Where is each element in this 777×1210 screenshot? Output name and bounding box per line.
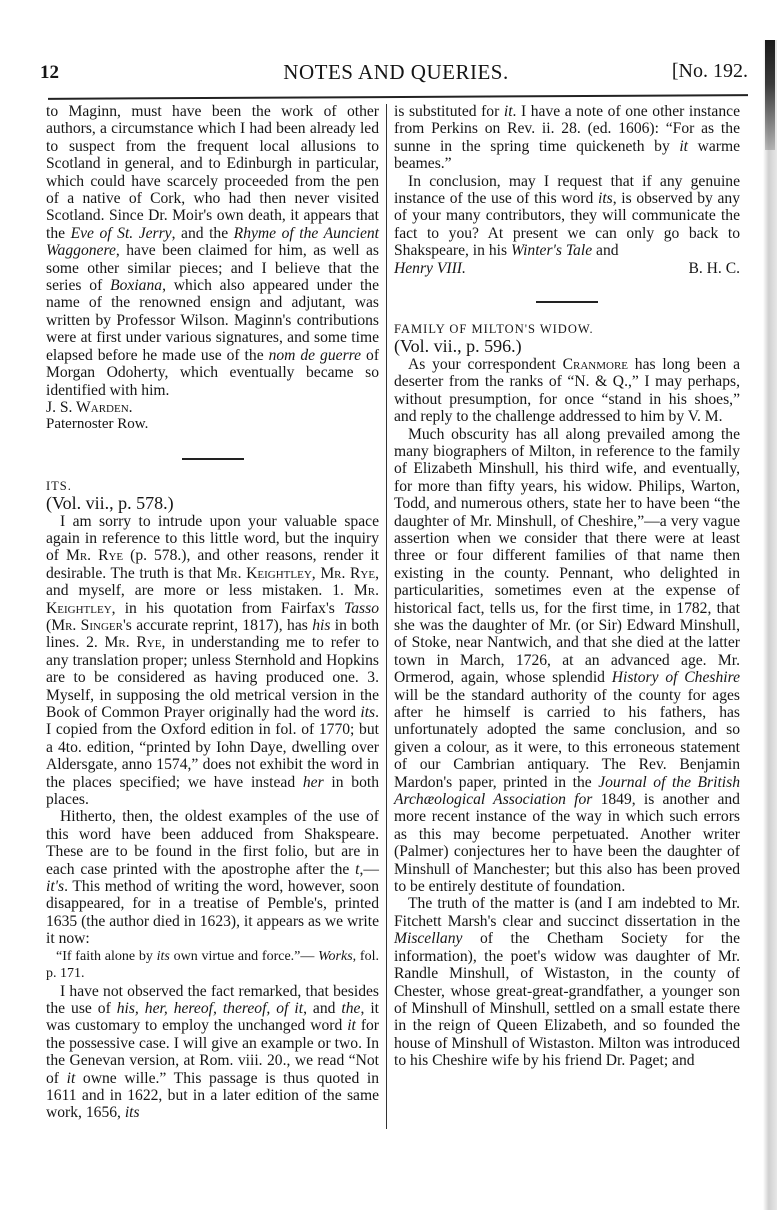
- paragraph: Much obscurity has all along prevailed a…: [394, 426, 740, 896]
- location: Paternoster Row.: [46, 416, 379, 433]
- block-quote: “If faith alone by its own virtue and fo…: [46, 948, 379, 983]
- signature: B. H. C.: [688, 260, 740, 277]
- left-column: to Maginn, must have been the work of ot…: [46, 103, 379, 1122]
- right-column: is substituted for it. I have a note of …: [394, 103, 740, 1070]
- running-header: 12 NOTES AND QUERIES. [No. 192.: [40, 56, 752, 86]
- paragraph: As your correspondent Cranmore has long …: [394, 356, 740, 426]
- paragraph: I have not observed the fact remarked, t…: [46, 983, 379, 1122]
- journal-title: NOTES AND QUERIES.: [40, 60, 752, 85]
- page-binding-shadow: [765, 40, 775, 150]
- paragraph: I am sorry to intrude upon your valuable…: [46, 513, 379, 809]
- paragraph: to Maginn, must have been the work of ot…: [46, 103, 379, 399]
- signature: J. S. Warden.: [46, 399, 379, 416]
- signature-line: Henry VIII. B. H. C.: [394, 260, 740, 277]
- page-edge-shadow: [763, 40, 777, 1210]
- paragraph: is substituted for it. I have a note of …: [394, 103, 740, 173]
- section-divider: [536, 301, 598, 303]
- header-rule: [48, 94, 748, 100]
- issue-number: [No. 192.: [672, 60, 748, 83]
- article-reference: (Vol. vii., p. 596.): [394, 338, 740, 355]
- title-henry-viii: Henry VIII.: [394, 260, 466, 277]
- paragraph: The truth of the matter is (and I am ind…: [394, 895, 740, 1069]
- paragraph: Hitherto, then, the oldest examples of t…: [46, 808, 379, 947]
- paragraph: In conclusion, may I request that if any…: [394, 173, 740, 260]
- article-reference: (Vol. vii., p. 578.): [46, 495, 379, 512]
- column-divider: [386, 104, 387, 1129]
- section-divider: [182, 458, 244, 460]
